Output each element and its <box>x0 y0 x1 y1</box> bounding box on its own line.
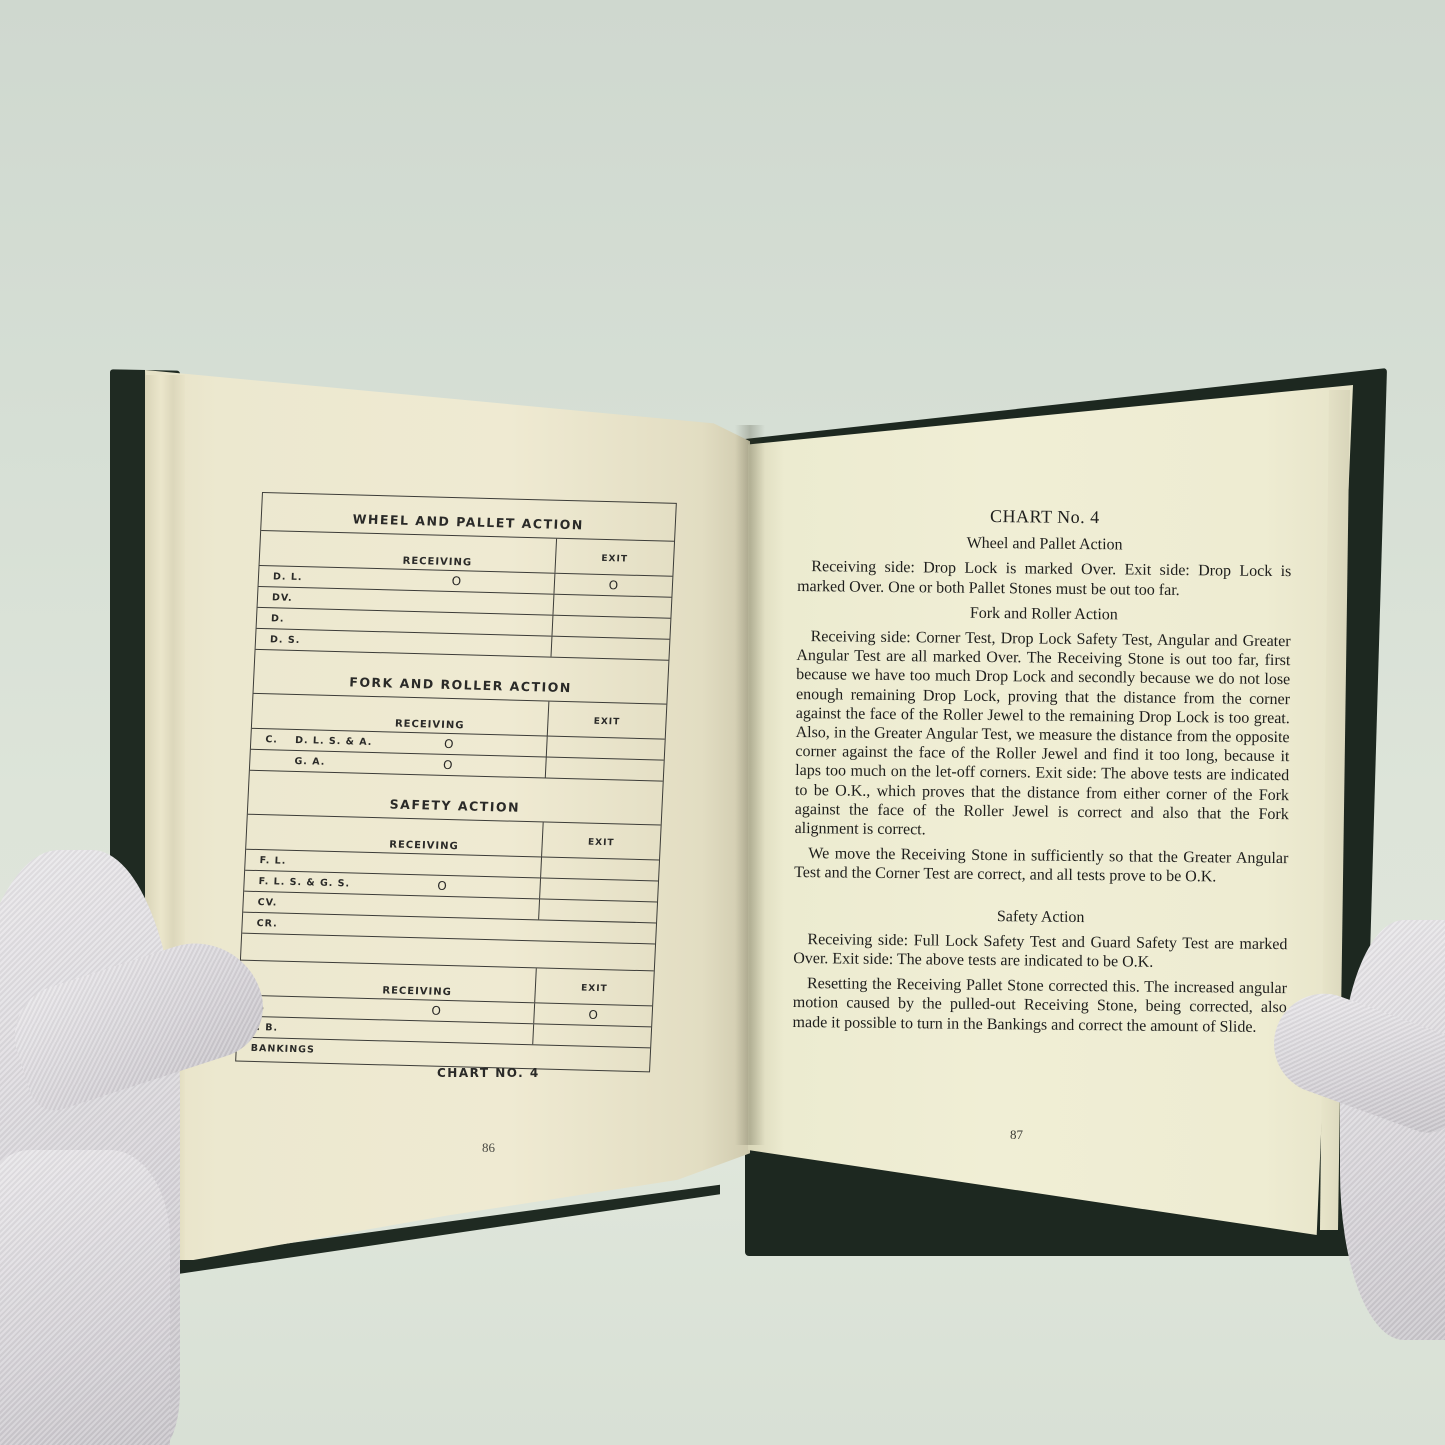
row-label: D. L. <box>259 570 389 584</box>
row-label: F. L. S. & G. S. <box>244 875 374 889</box>
section-safety: RECEIVING EXIT F. L. F. L. S. & G. S. O … <box>242 815 660 945</box>
row-label: DV. <box>258 591 388 605</box>
receiving-mark <box>374 905 539 909</box>
receiving-mark: O <box>368 1002 534 1020</box>
exit-mark <box>545 758 664 781</box>
exit-header: EXIT <box>541 822 661 859</box>
photo-scene: WHEEL AND PALLET ACTION RECEIVING EXIT D… <box>0 0 1445 1445</box>
receiving-mark <box>387 621 552 625</box>
left-glove-wrist <box>0 1150 170 1445</box>
exit-mark <box>551 637 670 660</box>
exit-mark <box>537 920 656 943</box>
receiving-mark: O <box>374 877 540 895</box>
row-label: D. <box>257 612 387 626</box>
chart-caption: CHART NO. 4 <box>437 1066 540 1080</box>
exit-mark: O <box>553 574 672 597</box>
receiving-mark <box>388 600 553 604</box>
exit-mark <box>546 737 665 760</box>
paragraph: Receiving side: Full Lock Safety Test an… <box>793 930 1287 974</box>
exit-mark <box>532 1024 651 1047</box>
receiving-mark: O <box>380 756 546 774</box>
row-label: CR. <box>242 917 372 931</box>
spacer <box>794 889 1288 906</box>
right-page-text: CHART No. 4 Wheel and Pallet Action Rece… <box>792 505 1292 1043</box>
heading-safety: Safety Action <box>794 905 1288 929</box>
page-number-right: 87 <box>1010 1127 1023 1143</box>
page-number-left: 86 <box>482 1140 495 1156</box>
row-label: G. A. <box>250 754 380 768</box>
section-slide-banking: RECEIVING EXIT S. O O I. B. BANKINGS <box>236 961 653 1069</box>
book-gutter <box>735 425 765 1145</box>
receiving-mark <box>376 863 541 867</box>
receiving-mark: O <box>389 572 555 590</box>
exit-header: EXIT <box>534 968 654 1005</box>
row-label: CV. <box>243 896 373 910</box>
receiving-mark <box>373 926 538 930</box>
row-label: BANKINGS <box>237 1042 367 1056</box>
heading-wheel-pallet: Wheel and Pallet Action <box>798 532 1292 556</box>
page-title: CHART No. 4 <box>798 505 1292 529</box>
exit-mark <box>539 878 658 901</box>
row-label: C. D. L. S. & A. <box>251 733 381 747</box>
exit-header: EXIT <box>554 539 674 576</box>
paragraph: Receiving side: Corner Test, Drop Lock S… <box>795 627 1291 843</box>
exit-mark <box>552 595 671 618</box>
exit-mark <box>531 1045 650 1068</box>
exit-mark <box>538 899 657 922</box>
exit-header: EXIT <box>547 702 667 739</box>
row-label: F. L. <box>245 854 375 868</box>
exit-mark: O <box>533 1003 652 1026</box>
section-fork-roller: RECEIVING EXIT C. D. L. S. & A. O G. A. … <box>250 694 666 782</box>
row-label: D. S. <box>256 633 386 647</box>
section-wheel-pallet: RECEIVING EXIT D. L. O O DV. D. D. S. <box>256 531 674 661</box>
exit-mark <box>540 857 659 880</box>
paragraph: Receiving side: Drop Lock is marked Over… <box>797 557 1291 601</box>
paragraph: We move the Receiving Stone in sufficien… <box>794 844 1288 888</box>
paragraph: Resetting the Receiving Pallet Stone cor… <box>792 974 1287 1037</box>
chart-form: WHEEL AND PALLET ACTION RECEIVING EXIT D… <box>235 492 677 1072</box>
receiving-mark <box>367 1051 532 1055</box>
receiving-mark: O <box>381 735 547 753</box>
heading-fork-roller: Fork and Roller Action <box>797 602 1291 626</box>
receiving-mark <box>368 1030 533 1034</box>
receiving-mark <box>386 642 551 646</box>
exit-mark <box>551 616 670 639</box>
